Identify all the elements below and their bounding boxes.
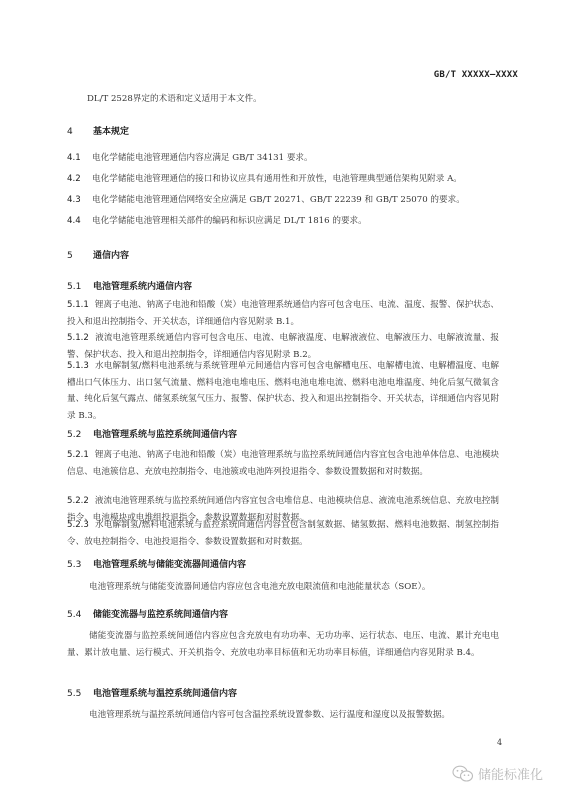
subsection-5-5-heading: 5.5电池管理系统与温控系统间通信内容: [67, 686, 237, 699]
intro-paragraph: DL/T 2528界定的术语和定义适用于本文件。: [87, 91, 497, 108]
paragraph-5-3: 电池管理系统与储能变流器间通信内容应包含电池充放电限流值和电池能量状态（SOE）…: [67, 579, 499, 596]
page-number: 4: [497, 738, 502, 747]
section-number: 5: [67, 251, 89, 261]
section-title: 基本规定: [93, 127, 129, 137]
section-4-heading: 4基本规定: [67, 124, 129, 137]
clause-4-2: 4.2电化学储能电池管理通信的接口和协议应具有通用性和开放性，电池管理典型通信架…: [67, 171, 497, 188]
watermark-text: 储能标准化: [478, 764, 543, 783]
section-title: 通信内容: [93, 251, 129, 261]
wechat-icon: [452, 765, 474, 783]
watermark: 储能标准化: [452, 764, 543, 783]
clause-5-1-3: 5.1.3水电解制氢/燃料电池系统与系统管理单元间通信内容可包含电解槽电压、电解…: [67, 358, 499, 424]
subsection-5-4-heading: 5.4储能变流器与监控系统间通信内容: [67, 607, 228, 620]
paragraph-5-4: 储能变流器与监控系统间通信内容应包含充放电有功功率、无功功率、运行状态、电压、电…: [67, 628, 499, 661]
clause-5-1-1: 5.1.1锂离子电池、钠离子电池和铅酸（炭）电池管理系统通信内容可包含电压、电流…: [67, 297, 499, 330]
subsection-5-3-heading: 5.3电池管理系统与储能变流器间通信内容: [67, 557, 246, 570]
document-page: GB/T XXXXX—XXXX DL/T 2528界定的术语和定义适用于本文件。…: [0, 0, 565, 800]
clause-5-2-1: 5.2.1锂离子电池、钠离子电池和铅酸（炭）电池管理系统与监控系统间通信内容宜包…: [67, 447, 499, 480]
section-number: 4: [67, 127, 89, 137]
paragraph-5-5: 电池管理系统与温控系统间通信内容可包含温控系统设置参数、运行温度和湿度以及报警数…: [67, 707, 499, 724]
clause-4-1: 4.1电化学储能电池管理通信内容应满足 GB/T 34131 要求。: [67, 150, 497, 167]
clause-5-2-3: 5.2.3水电解制氢/燃料电池系统与监控系统间通信内容宜包含制氢数据、储氢数据、…: [67, 517, 499, 550]
subsection-5-2-heading: 5.2电池管理系统与监控系统间通信内容: [67, 427, 237, 440]
subsection-5-1-heading: 5.1电池管理系统内通信内容: [67, 279, 192, 292]
standard-code: GB/T XXXXX—XXXX: [434, 70, 518, 80]
section-5-heading: 5通信内容: [67, 248, 129, 261]
clause-4-4: 4.4电化学储能电池管理相关部件的编码和标识应满足 DL/T 1816 的要求。: [67, 213, 497, 230]
clause-4-3: 4.3电化学储能电池管理通信网络安全应满足 GB/T 20271、GB/T 22…: [67, 192, 497, 209]
